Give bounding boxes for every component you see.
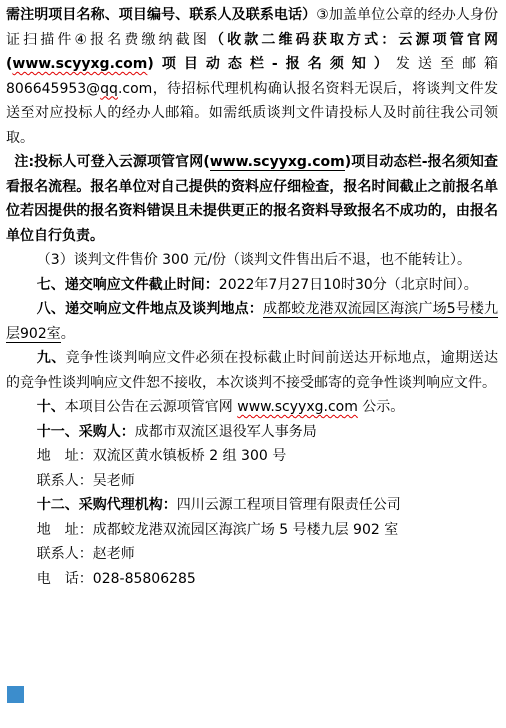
text-segment: 竞争性谈判响应文件必须在投标截止时间前送达开标地点，逾期送达的竞争性谈判响应文件… [6,350,498,391]
text-segment: 地 址：双流区黄水镇板桥 2 组 300 号 [37,448,286,464]
paragraph: 电 话：028-85806285 [6,567,498,592]
text-segment: 七、递交响应文件截止时间： [37,277,219,293]
paragraph: 地 址：双流区黄水镇板桥 2 组 300 号 [6,444,498,469]
url-text: www.scyyxg.com [237,399,358,415]
text-segment: 九、 [37,350,66,366]
blue-square-marker [7,686,24,703]
document-body: 需注明项目名称、项目编号、联系人及联系电话）③加盖单位公章的经办人身份证扫描件④… [0,0,506,591]
paragraph: 八、递交响应文件地点及谈判地点：成都蛟龙港双流园区海滨广场5号楼九层902室。 [6,297,498,346]
text-segment: 电 话：028-85806285 [37,571,196,587]
text-segment: 成都市双流区退役军人事务局 [135,424,317,440]
text-segment: 十、 [37,399,65,415]
text-segment: 联系人：赵老师 [37,546,135,562]
text-segment: 2022年7月27日10时30分（北京时间）。 [219,277,478,293]
text-segment: 需注明项目名称、项目编号、联系人及联系电话） [6,7,316,23]
text-segment: 。 [61,326,75,342]
text-segment: 十一、采购人： [37,424,135,440]
paragraph: 联系人：吴老师 [6,469,498,494]
text-segment: 本项目公告在云源项管官网 [65,399,237,415]
paragraph: 联系人：赵老师 [6,542,498,567]
url-text: www.scyyxg.com [12,56,147,72]
paragraph: 十、本项目公告在云源项管官网 www.scyyxg.com 公示。 [6,395,498,420]
paragraph: （3）谈判文件售价 300 元/份（谈判文件售出后不退，也不能转让）。 [6,248,498,273]
text-segment: 四川云源工程项目管理有限责任公司 [177,497,401,513]
text-segment: )项目动态栏-报名须知） [147,56,396,72]
paragraph: 九、竞争性谈判响应文件必须在投标截止时间前送达开标地点，逾期送达的竞争性谈判响应… [6,346,498,395]
text-segment: 十二、采购代理机构： [37,497,177,513]
text-segment: 联系人：吴老师 [37,473,135,489]
paragraph: 七、递交响应文件截止时间：2022年7月27日10时30分（北京时间）。 [6,273,498,298]
paragraph: 注:投标人可登入云源项管官网(www.scyyxg.com)项目动态栏-报名须知… [6,150,498,248]
paragraph: 十一、采购人：成都市双流区退役军人事务局 [6,420,498,445]
paragraph: 地 址：成都蛟龙港双流园区海滨广场 5 号楼九层 902 室 [6,518,498,543]
text-segment: 公示。 [358,399,404,415]
paragraph: 需注明项目名称、项目编号、联系人及联系电话）③加盖单位公章的经办人身份证扫描件④… [6,3,498,150]
text-segment: 注:投标人可登入云源项管官网( [14,154,209,170]
text-segment: 八、递交响应文件地点及谈判地点： [37,301,263,317]
text-segment: 地 址：成都蛟龙港双流园区海滨广场 5 号楼九层 902 室 [37,522,398,538]
url-text: qq [100,81,118,97]
url-text: www.scyyxg.com [210,154,345,171]
paragraph: 十二、采购代理机构：四川云源工程项目管理有限责任公司 [6,493,498,518]
text-segment: （3）谈判文件售价 300 元/份（谈判文件售出后不退，也不能转让）。 [37,252,471,268]
